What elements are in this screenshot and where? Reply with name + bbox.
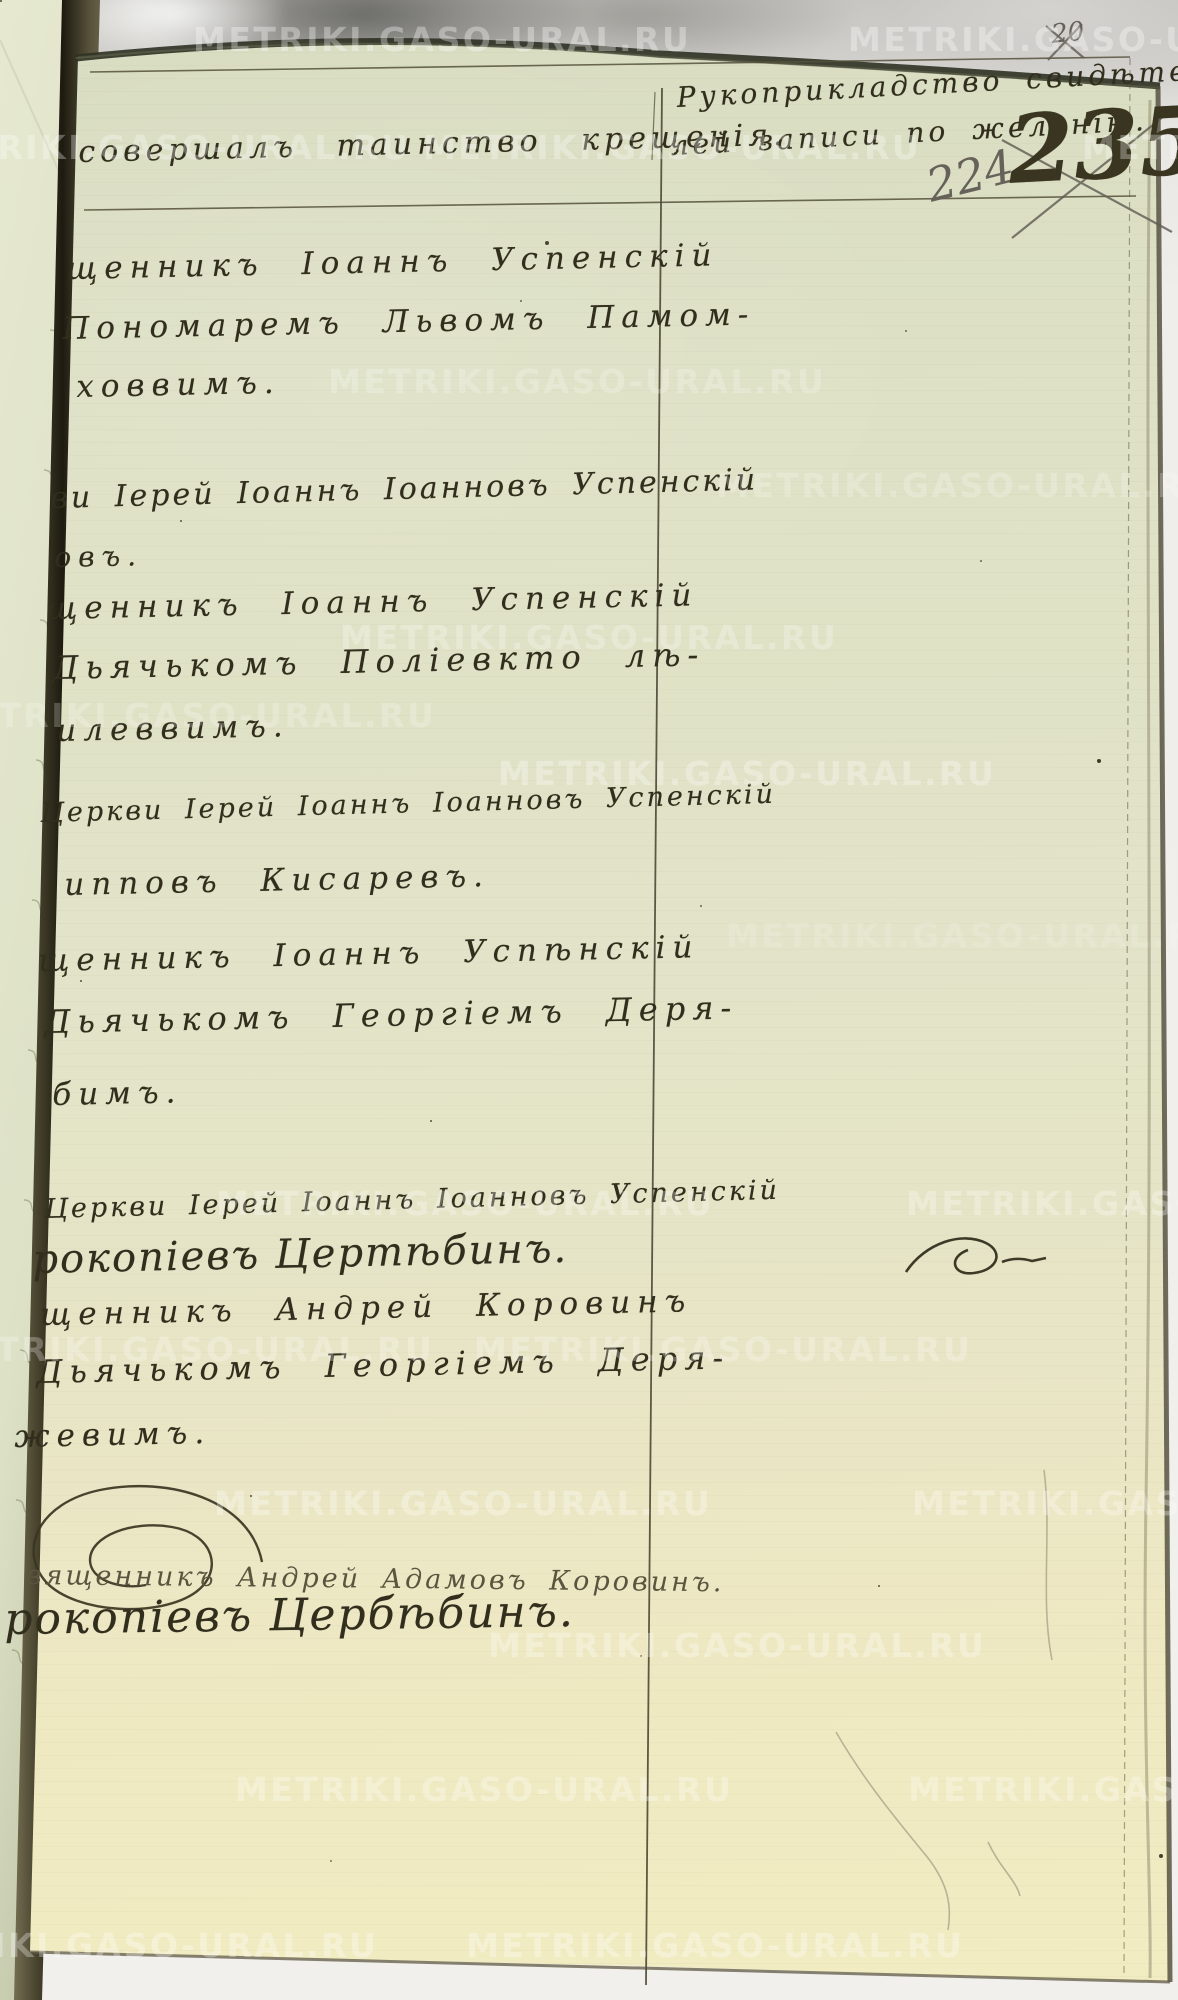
entry-line: ипповъ Кисаревъ. bbox=[64, 861, 490, 901]
entry-line: овъ. bbox=[54, 542, 143, 572]
scanned-metrical-book-page: совершалъ таинство крещенія.Рукоприкладс… bbox=[0, 0, 1178, 2000]
corner-note: 20 bbox=[1050, 19, 1086, 48]
entry-line: илеввимъ. bbox=[56, 711, 290, 747]
entry-line: жевимъ. bbox=[14, 1418, 211, 1453]
entry-line: рокопіевъ Цербѣбинъ. bbox=[4, 1590, 575, 1642]
entry-line: ховвимъ. bbox=[76, 368, 281, 403]
page-number-new: 235 bbox=[1006, 94, 1178, 198]
paper-specks bbox=[0, 0, 2, 2]
scanner-shadow-smudge bbox=[900, 0, 1178, 55]
entry-line: рокопіевъ Цертѣбинъ. bbox=[32, 1229, 569, 1280]
entry-line: бимъ. bbox=[52, 1077, 183, 1111]
watermark-text: METRIKI.GASO-URAL.RU bbox=[848, 20, 1178, 59]
